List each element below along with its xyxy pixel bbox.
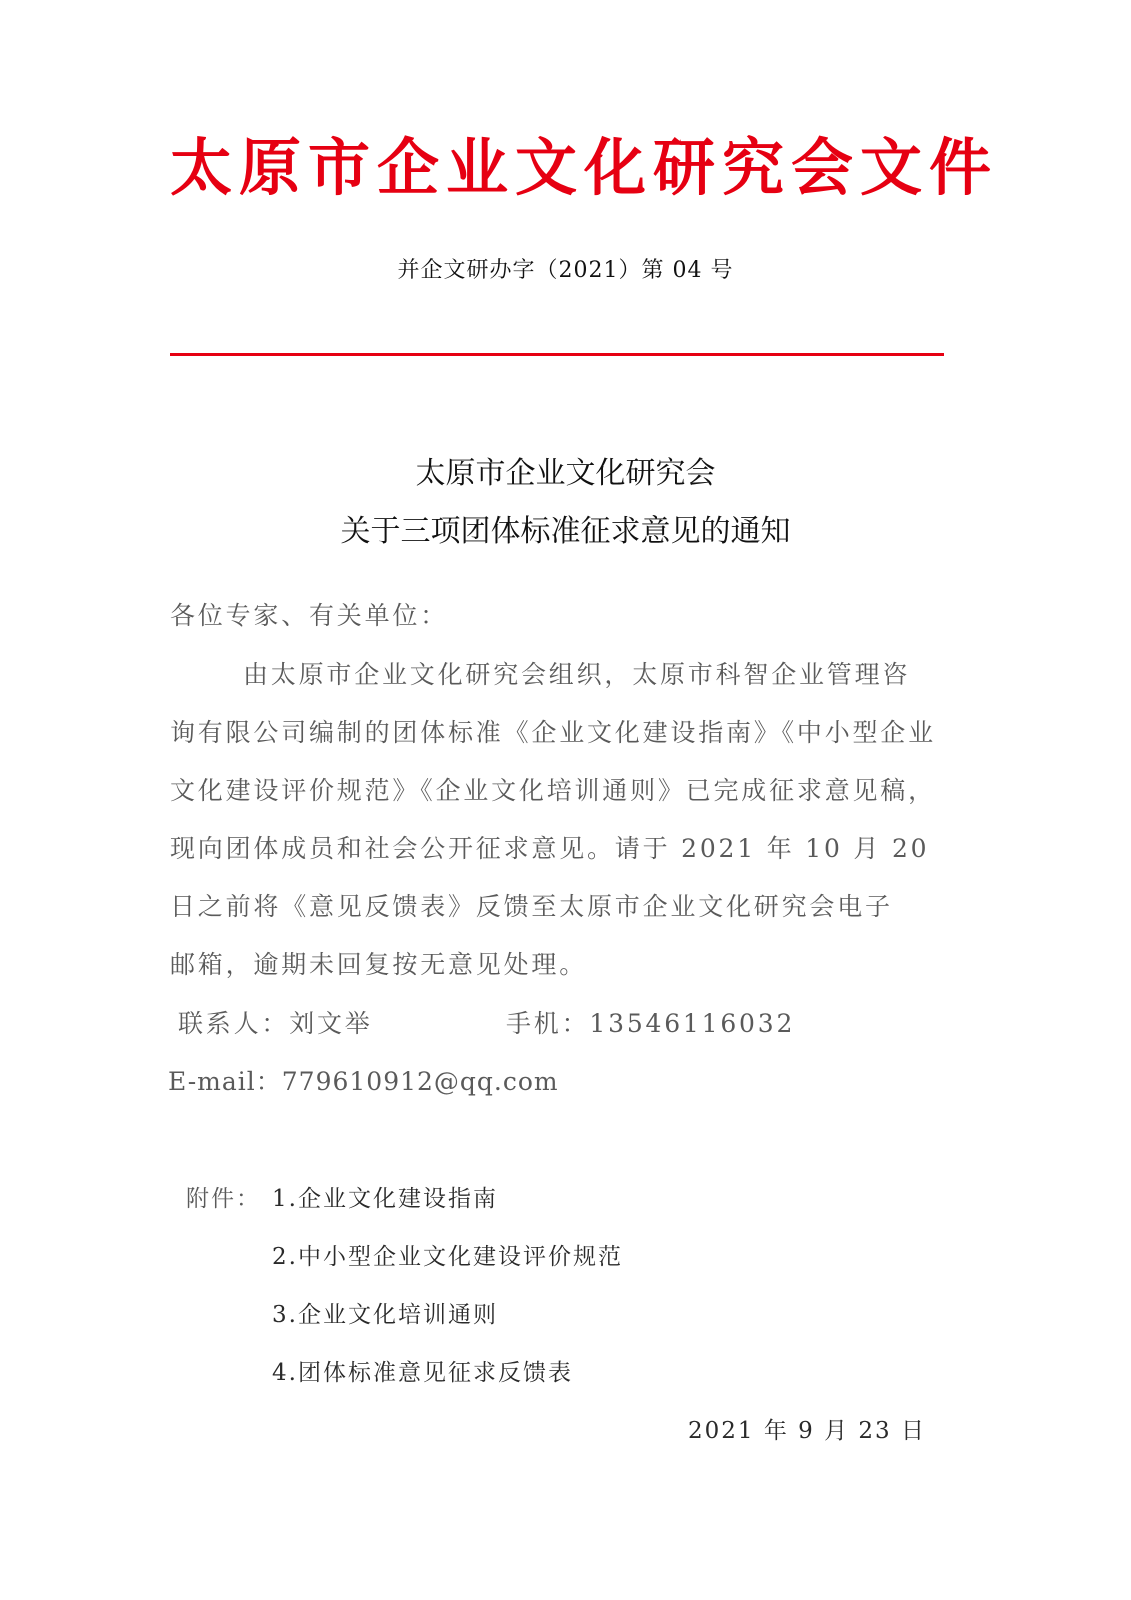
masthead-title: 太原市企业文化研究会文件 xyxy=(170,128,945,208)
contact-email-address: 779610912@qq.com xyxy=(282,1067,559,1096)
contact-phone: 手机：13546116032 xyxy=(506,1004,795,1040)
contact-email: E-mail：779610912@qq.com xyxy=(168,1062,559,1098)
attachment-item-4: 4.团体标准意见征求反馈表 xyxy=(272,1354,573,1387)
contact-person-label: 联系人： xyxy=(178,1009,289,1038)
notice-title-line-1: 太原市企业文化研究会 xyxy=(0,448,1131,492)
contact-person: 联系人：刘文举 xyxy=(178,1004,373,1040)
attachment-item-3: 3.企业文化培训通则 xyxy=(272,1296,498,1329)
document-number: 并企文研办字（2021）第 04 号 xyxy=(0,253,1131,284)
paragraph-line-5: 日之前将《意见反馈表》反馈至太原市企业文化研究会电子 xyxy=(170,887,893,923)
contact-email-label: E-mail： xyxy=(168,1067,282,1096)
contact-person-name: 刘文举 xyxy=(289,1009,372,1038)
contact-phone-number: 13546116032 xyxy=(589,1009,795,1038)
paragraph-line-2: 询有限公司编制的团体标准《企业文化建设指南》《中小型企业 xyxy=(170,713,936,749)
red-divider xyxy=(170,353,944,356)
document-page: 太原市企业文化研究会文件 并企文研办字（2021）第 04 号 太原市企业文化研… xyxy=(0,0,1131,1600)
notice-title-line-2: 关于三项团体标准征求意见的通知 xyxy=(0,506,1131,550)
paragraph-line-4: 现向团体成员和社会公开征求意见。请于 2021 年 10 月 20 xyxy=(170,829,929,865)
issue-date: 2021 年 9 月 23 日 xyxy=(688,1412,926,1445)
paragraph-line-3: 文化建设评价规范》《企业文化培训通则》已完成征求意见稿， xyxy=(170,771,936,807)
paragraph-line-6: 邮箱，逾期未回复按无意见处理。 xyxy=(170,945,587,981)
salutation: 各位专家、有关单位： xyxy=(170,596,448,632)
attachment-item-1: 1.企业文化建设指南 xyxy=(272,1180,498,1213)
attachments-label: 附件： xyxy=(186,1180,261,1213)
paragraph-line-1: 由太原市企业文化研究会组织，太原市科智企业管理咨 xyxy=(243,655,910,691)
contact-phone-label: 手机： xyxy=(506,1009,589,1038)
attachment-item-2: 2.中小型企业文化建设评价规范 xyxy=(272,1238,623,1271)
